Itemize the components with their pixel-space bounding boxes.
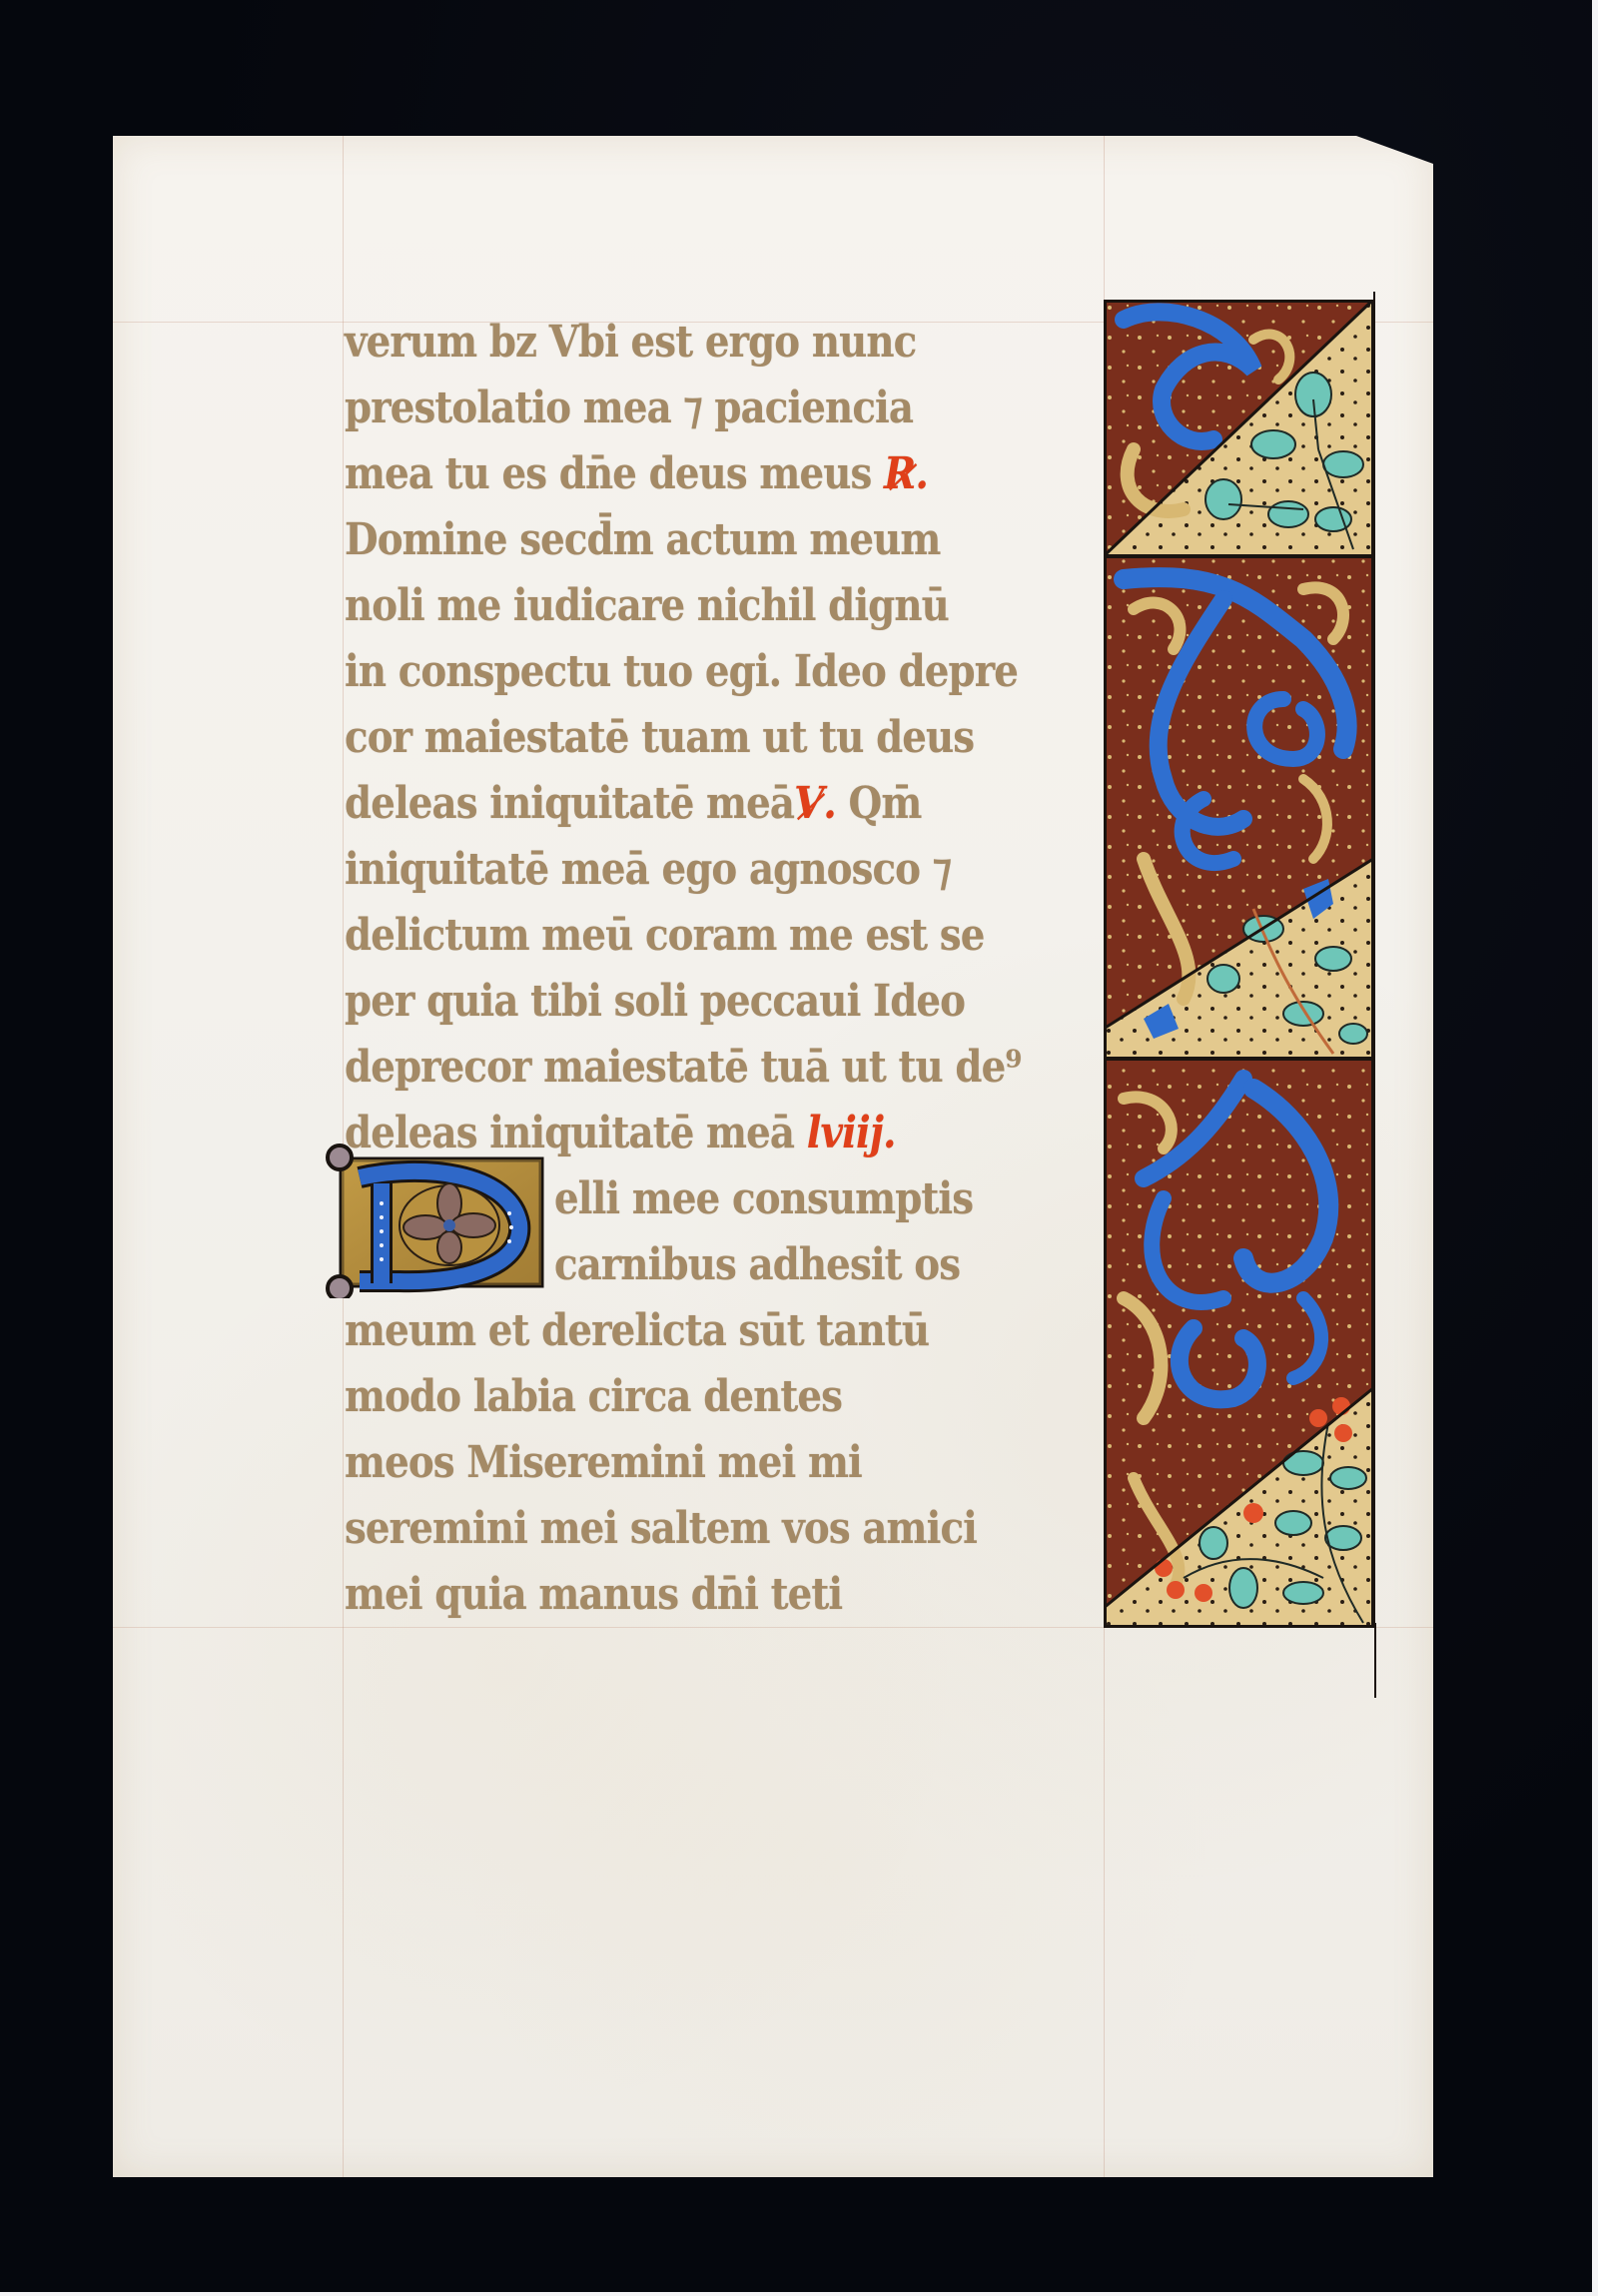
text-line: prestolatio mea ⁊ paciencia <box>345 376 1013 441</box>
text-line: seremini mei saltem vos amici <box>345 1496 1013 1562</box>
rubric-lesson-number: lviij. <box>807 1108 896 1158</box>
text-line: verum bz Vbi est ergo nunc <box>345 310 1013 376</box>
text-line: Domine secd̄m actum meum <box>345 507 1013 573</box>
image-edge-right <box>1592 0 1598 2296</box>
ruling-tick-bottom <box>1374 1623 1376 1698</box>
text-line: meum et derelicta sūt tantū <box>345 1298 1013 1364</box>
text-line: deprecor maiestatē tuā ut tu de⁹ <box>345 1035 1013 1101</box>
text-line: carnibus adhesit os <box>554 1232 1047 1298</box>
text-line: meos Miseremini mei mi <box>345 1430 1013 1496</box>
rubric-response: R̷. <box>884 448 928 499</box>
text-line: modo labia circa dentes <box>345 1364 1013 1430</box>
text-line: noli me iudicare nichil dignū <box>345 573 1013 639</box>
text-line: per quia tibi soli peccaui Ideo <box>345 969 1013 1035</box>
decorated-border <box>1104 300 1375 1628</box>
illuminated-initial <box>320 1144 549 1298</box>
text-line: mei quia manus dn̄i teti <box>345 1562 1013 1628</box>
text-line: delictum meū coram me est se <box>345 903 1013 969</box>
border-panel-2 <box>1104 556 1373 1059</box>
text-line: in conspectu tuo egi. Ideo depre <box>345 639 1013 705</box>
text-line: cor maiestatē tuam ut tu deus <box>345 705 1013 771</box>
image-edge-bottom <box>0 2292 1598 2296</box>
border-panel-1 <box>1104 300 1373 556</box>
ruling-tick-top <box>1373 292 1375 306</box>
text-line: mea tu es dn̄e deus meus R̷. <box>345 441 1013 507</box>
text-line: elli mee consumptis <box>554 1166 1047 1232</box>
text-line: iniquitatē meā ego agnosco ⁊ <box>345 837 1013 903</box>
text-line: deleas iniquitatē meāV̷. Qm̄ <box>345 771 1013 837</box>
rubric-versicle: V̷. <box>794 778 836 829</box>
border-panel-3 <box>1104 1059 1373 1628</box>
